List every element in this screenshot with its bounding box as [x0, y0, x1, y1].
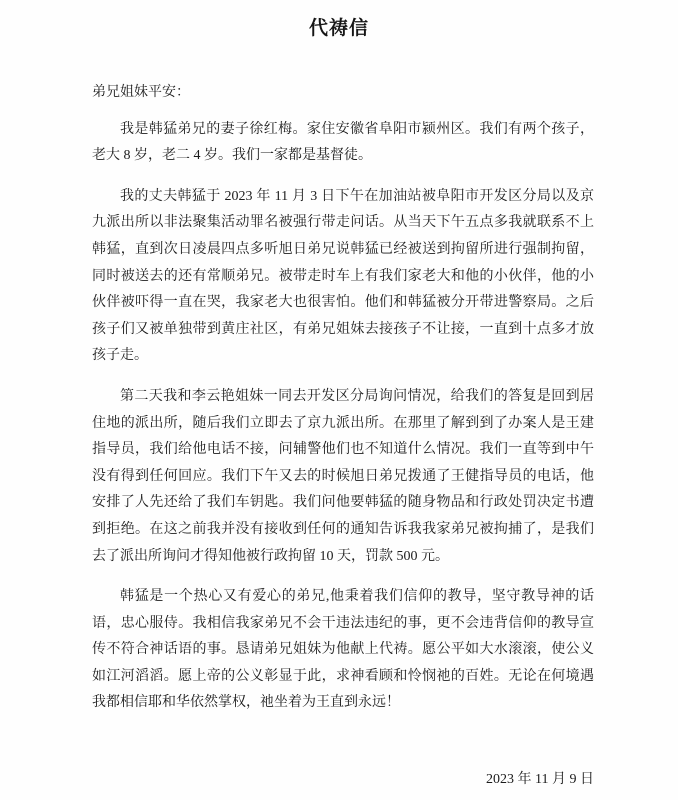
- document-title: 代祷信: [0, 13, 678, 40]
- paragraph-4: 韩猛是一个热心又有爱心的弟兄,他秉着我们信仰的教导，坚守教导神的话语，忠心服侍。…: [92, 584, 594, 717]
- paragraph-2: 我的丈夫韩猛于 2023 年 11 月 3 日下午在加油站被阜阳市开发区分局以及…: [92, 184, 594, 370]
- letter-page: 代祷信 弟兄姐妹平安： 我是韩猛弟兄的妻子徐红梅。家住安徽省阜阳市颍州区。我们有…: [0, 0, 678, 800]
- letter-body: 弟兄姐妹平安： 我是韩猛弟兄的妻子徐红梅。家住安徽省阜阳市颍州区。我们有两个孩子…: [92, 80, 594, 800]
- paragraph-3: 第二天我和李云艳姐妹一同去开发区分局询问情况，给我们的答复是回到居住地的派出所，…: [92, 384, 594, 570]
- salutation: 弟兄姐妹平安：: [92, 80, 594, 107]
- date: 2023 年 11 月 9 日: [92, 767, 594, 794]
- paragraph-1: 我是韩猛弟兄的妻子徐红梅。家住安徽省阜阳市颍州区。我们有两个孩子，老大 8 岁，…: [92, 117, 594, 170]
